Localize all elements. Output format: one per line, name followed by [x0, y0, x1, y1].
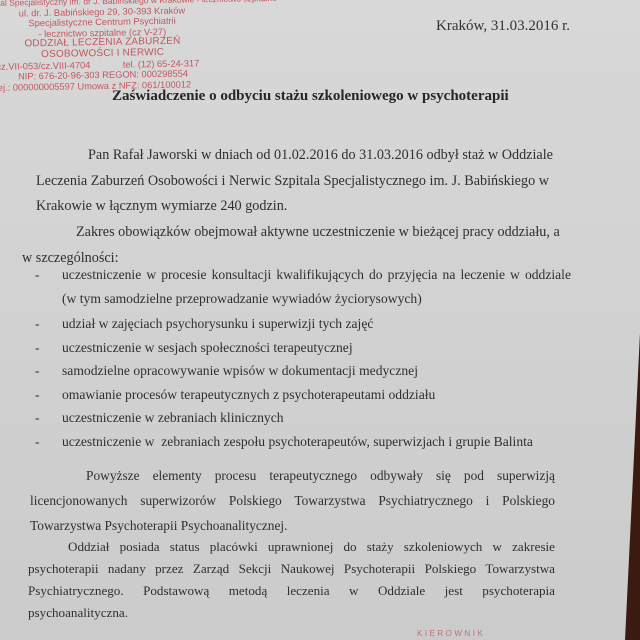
paragraph-line: licencjonowanych superwizorów Polskiego … [30, 488, 555, 513]
institution-stamp: Szpital Specjalistyczny im. dr J. Babińs… [0, 0, 206, 93]
duty-text: udział w zajęciach psychorysunku i super… [62, 312, 595, 336]
paragraph-line: Towarzystwa Psychoterapii Psychoanalityc… [30, 513, 555, 538]
list-item: - uczestniczenie w zebraniach zespołu ps… [35, 430, 595, 454]
list-item: - samodzielne opracowywanie wpisów w dok… [35, 359, 595, 383]
paragraph-line: Leczenia Zaburzeń Osobowości i Nerwic Sz… [36, 169, 576, 195]
paragraph-line: psychoterapii nadany przez Zarząd Sekcji… [28, 558, 555, 580]
dash-bullet-icon: - [35, 359, 40, 383]
paragraph-line: Pan Rafał Jaworski w dniach od 01.02.201… [36, 143, 576, 169]
list-item: - uczestniczenie w sesjach społeczności … [35, 336, 595, 360]
duty-text: uczestniczenie w procesie konsultacji kw… [62, 263, 571, 310]
paragraph-line: Powyższe elementy procesu terapeutyczneg… [30, 463, 555, 488]
duty-text: uczestniczenie w sesjach społeczności te… [62, 336, 595, 360]
dash-bullet-icon: - [35, 406, 40, 430]
dash-bullet-icon: - [35, 312, 40, 336]
paragraph-internship-period: Pan Rafał Jaworski w dniach od 01.02.201… [36, 143, 576, 220]
duty-text: uczestniczenie w zebraniach klinicznych [62, 406, 595, 430]
dash-bullet-icon: - [35, 336, 40, 360]
duty-text: omawianie procesów terapeutycznych z psy… [62, 383, 595, 407]
paragraph-line: Psychiatrycznego. Podstawową metodą lecz… [28, 580, 555, 602]
head-of-department-stamp: KIEROWNIK [417, 629, 485, 638]
list-item: - uczestniczenie w procesie konsultacji … [35, 263, 595, 310]
list-item: - udział w zajęciach psychorysunku i sup… [35, 312, 595, 336]
list-item: - uczestniczenie w zebraniach klinicznyc… [35, 406, 595, 430]
place-and-date: Kraków, 31.03.2016 r. [436, 18, 570, 35]
document-paper: Szpital Specjalistyczny im. dr J. Babińs… [0, 0, 640, 640]
duty-text: samodzielne opracowywanie wpisów w dokum… [62, 359, 595, 383]
duty-text: uczestniczenie w zebraniach zespołu psyc… [62, 430, 595, 454]
duties-list: - uczestniczenie w procesie konsultacji … [35, 263, 595, 453]
paragraph-line: psychoanalityczna. [28, 602, 555, 624]
paragraph-accreditation: Oddział posiada status placówki uprawnio… [28, 536, 555, 624]
paragraph-supervision: Powyższe elementy procesu terapeutyczneg… [30, 463, 555, 538]
dash-bullet-icon: - [35, 430, 40, 454]
document-title: Zaświadczenie o odbyciu stażu szkoleniow… [112, 88, 509, 105]
dash-bullet-icon: - [35, 383, 40, 407]
dash-bullet-icon: - [35, 263, 40, 287]
list-item: - omawianie procesów terapeutycznych z p… [35, 383, 595, 407]
paragraph-line: Oddział posiada status placówki uprawnio… [28, 536, 555, 558]
paragraph-line: Krakowie w łącznym wymiarze 240 godzin. [36, 194, 576, 220]
paragraph-line: Zakres obowiązków obejmował aktywne ucze… [22, 220, 582, 246]
